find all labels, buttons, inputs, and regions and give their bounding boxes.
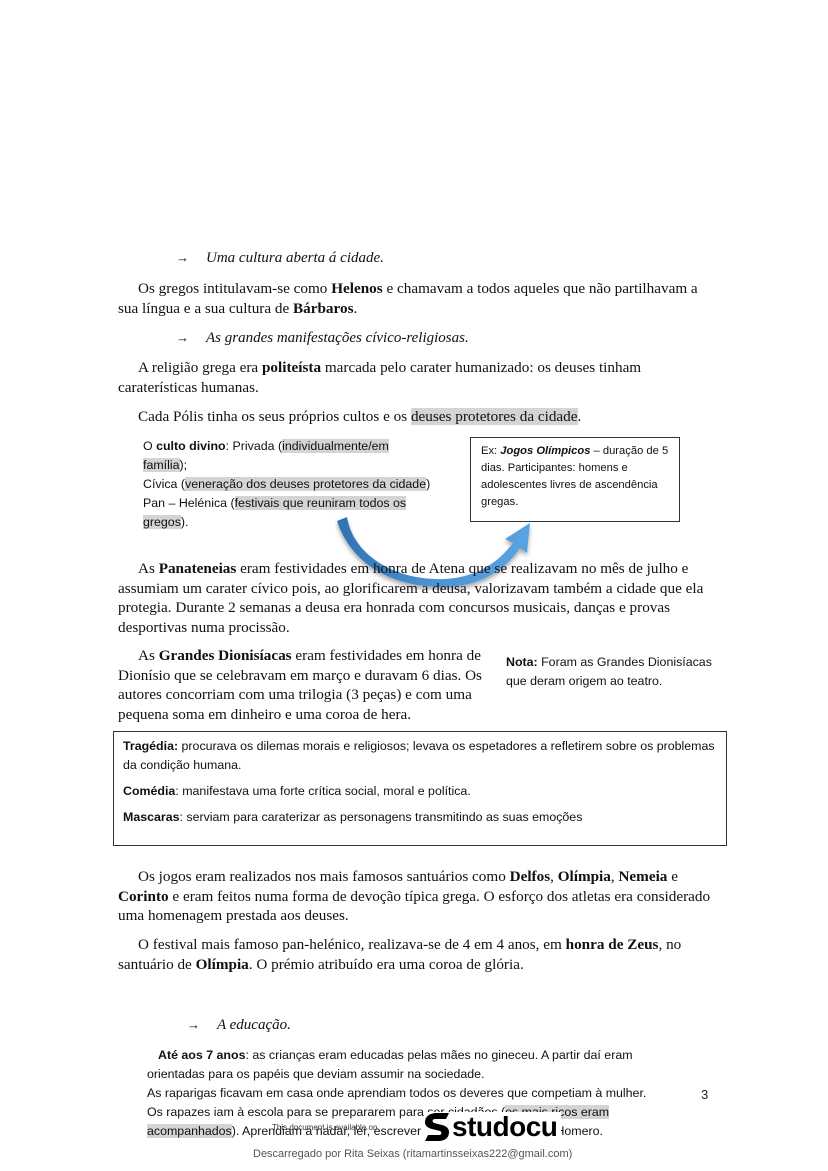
section-heading-educacao: →A educação. [187,1015,291,1036]
tragedia-definition: Tragédia: procurava os dilemas morais e … [123,737,716,775]
paragraph-dionisiacas: As Grandes Dionisíacas eram festividades… [118,646,488,724]
note-teatro: Nota: Foram as Grandes Dionisíacas que d… [506,653,716,691]
paragraph-religiao: A religião grega era politeísta marcada … [118,358,678,397]
studocu-logo[interactable]: studocu [424,1112,561,1142]
heading-text: A educação. [217,1017,291,1033]
studocu-logo-text: studocu [452,1113,557,1141]
paragraph-festival: O festival mais famoso pan-helénico, rea… [118,935,718,974]
available-on-text: This document is available on [272,1123,377,1132]
example-box-jogos-olimpicos: Ex: Jogos Olímpicos – duração de 5 dias.… [470,437,680,522]
educacao-raparigas: As raparigas ficavam em casa onde aprend… [147,1084,667,1103]
culto-civica: Cívica (veneração dos deuses protetores … [143,475,443,494]
section-heading-manifestacoes: →As grandes manifestações cívico-religio… [176,328,469,349]
page-number: 3 [701,1087,708,1102]
mascaras-definition: Mascaras: serviam para caraterizar as pe… [123,808,716,827]
paragraph-jogos: Os jogos eram realizados nos mais famoso… [118,867,718,926]
paragraph-helenos: Os gregos intitulavam-se como Helenos e … [118,279,718,318]
educacao-rapazes: Os rapazes iam à escola para se preparar… [147,1103,667,1141]
section-heading-cultura: →Uma cultura aberta á cidade. [176,248,384,269]
heading-text: As grandes manifestações cívico-religios… [206,330,469,346]
studocu-logo-icon [424,1112,450,1142]
culto-privada: O culto divino: Privada (individualmente… [143,437,443,475]
educacao-text: Até aos 7 anos: as crianças eram educada… [147,1046,667,1141]
arrow-right-icon: → [176,328,206,348]
heading-text: Uma cultura aberta á cidade. [206,250,384,266]
teatro-definitions-box: Tragédia: procurava os dilemas morais e … [113,731,727,846]
educacao-ate-7-anos: Até aos 7 anos: as crianças eram educada… [147,1046,667,1084]
paragraph-panateneias: As Panateneias eram festividades em honr… [118,559,718,637]
download-credit: Descarregado por Rita Seixas (ritamartin… [253,1148,572,1160]
highlight: deuses protetores da cidade [411,408,578,425]
arrow-right-icon: → [187,1015,217,1035]
comedia-definition: Comédia: manifestava uma forte crítica s… [123,782,716,801]
arrow-right-icon: → [176,248,206,268]
paragraph-polis: Cada Pólis tinha os seus próprios cultos… [118,407,718,427]
